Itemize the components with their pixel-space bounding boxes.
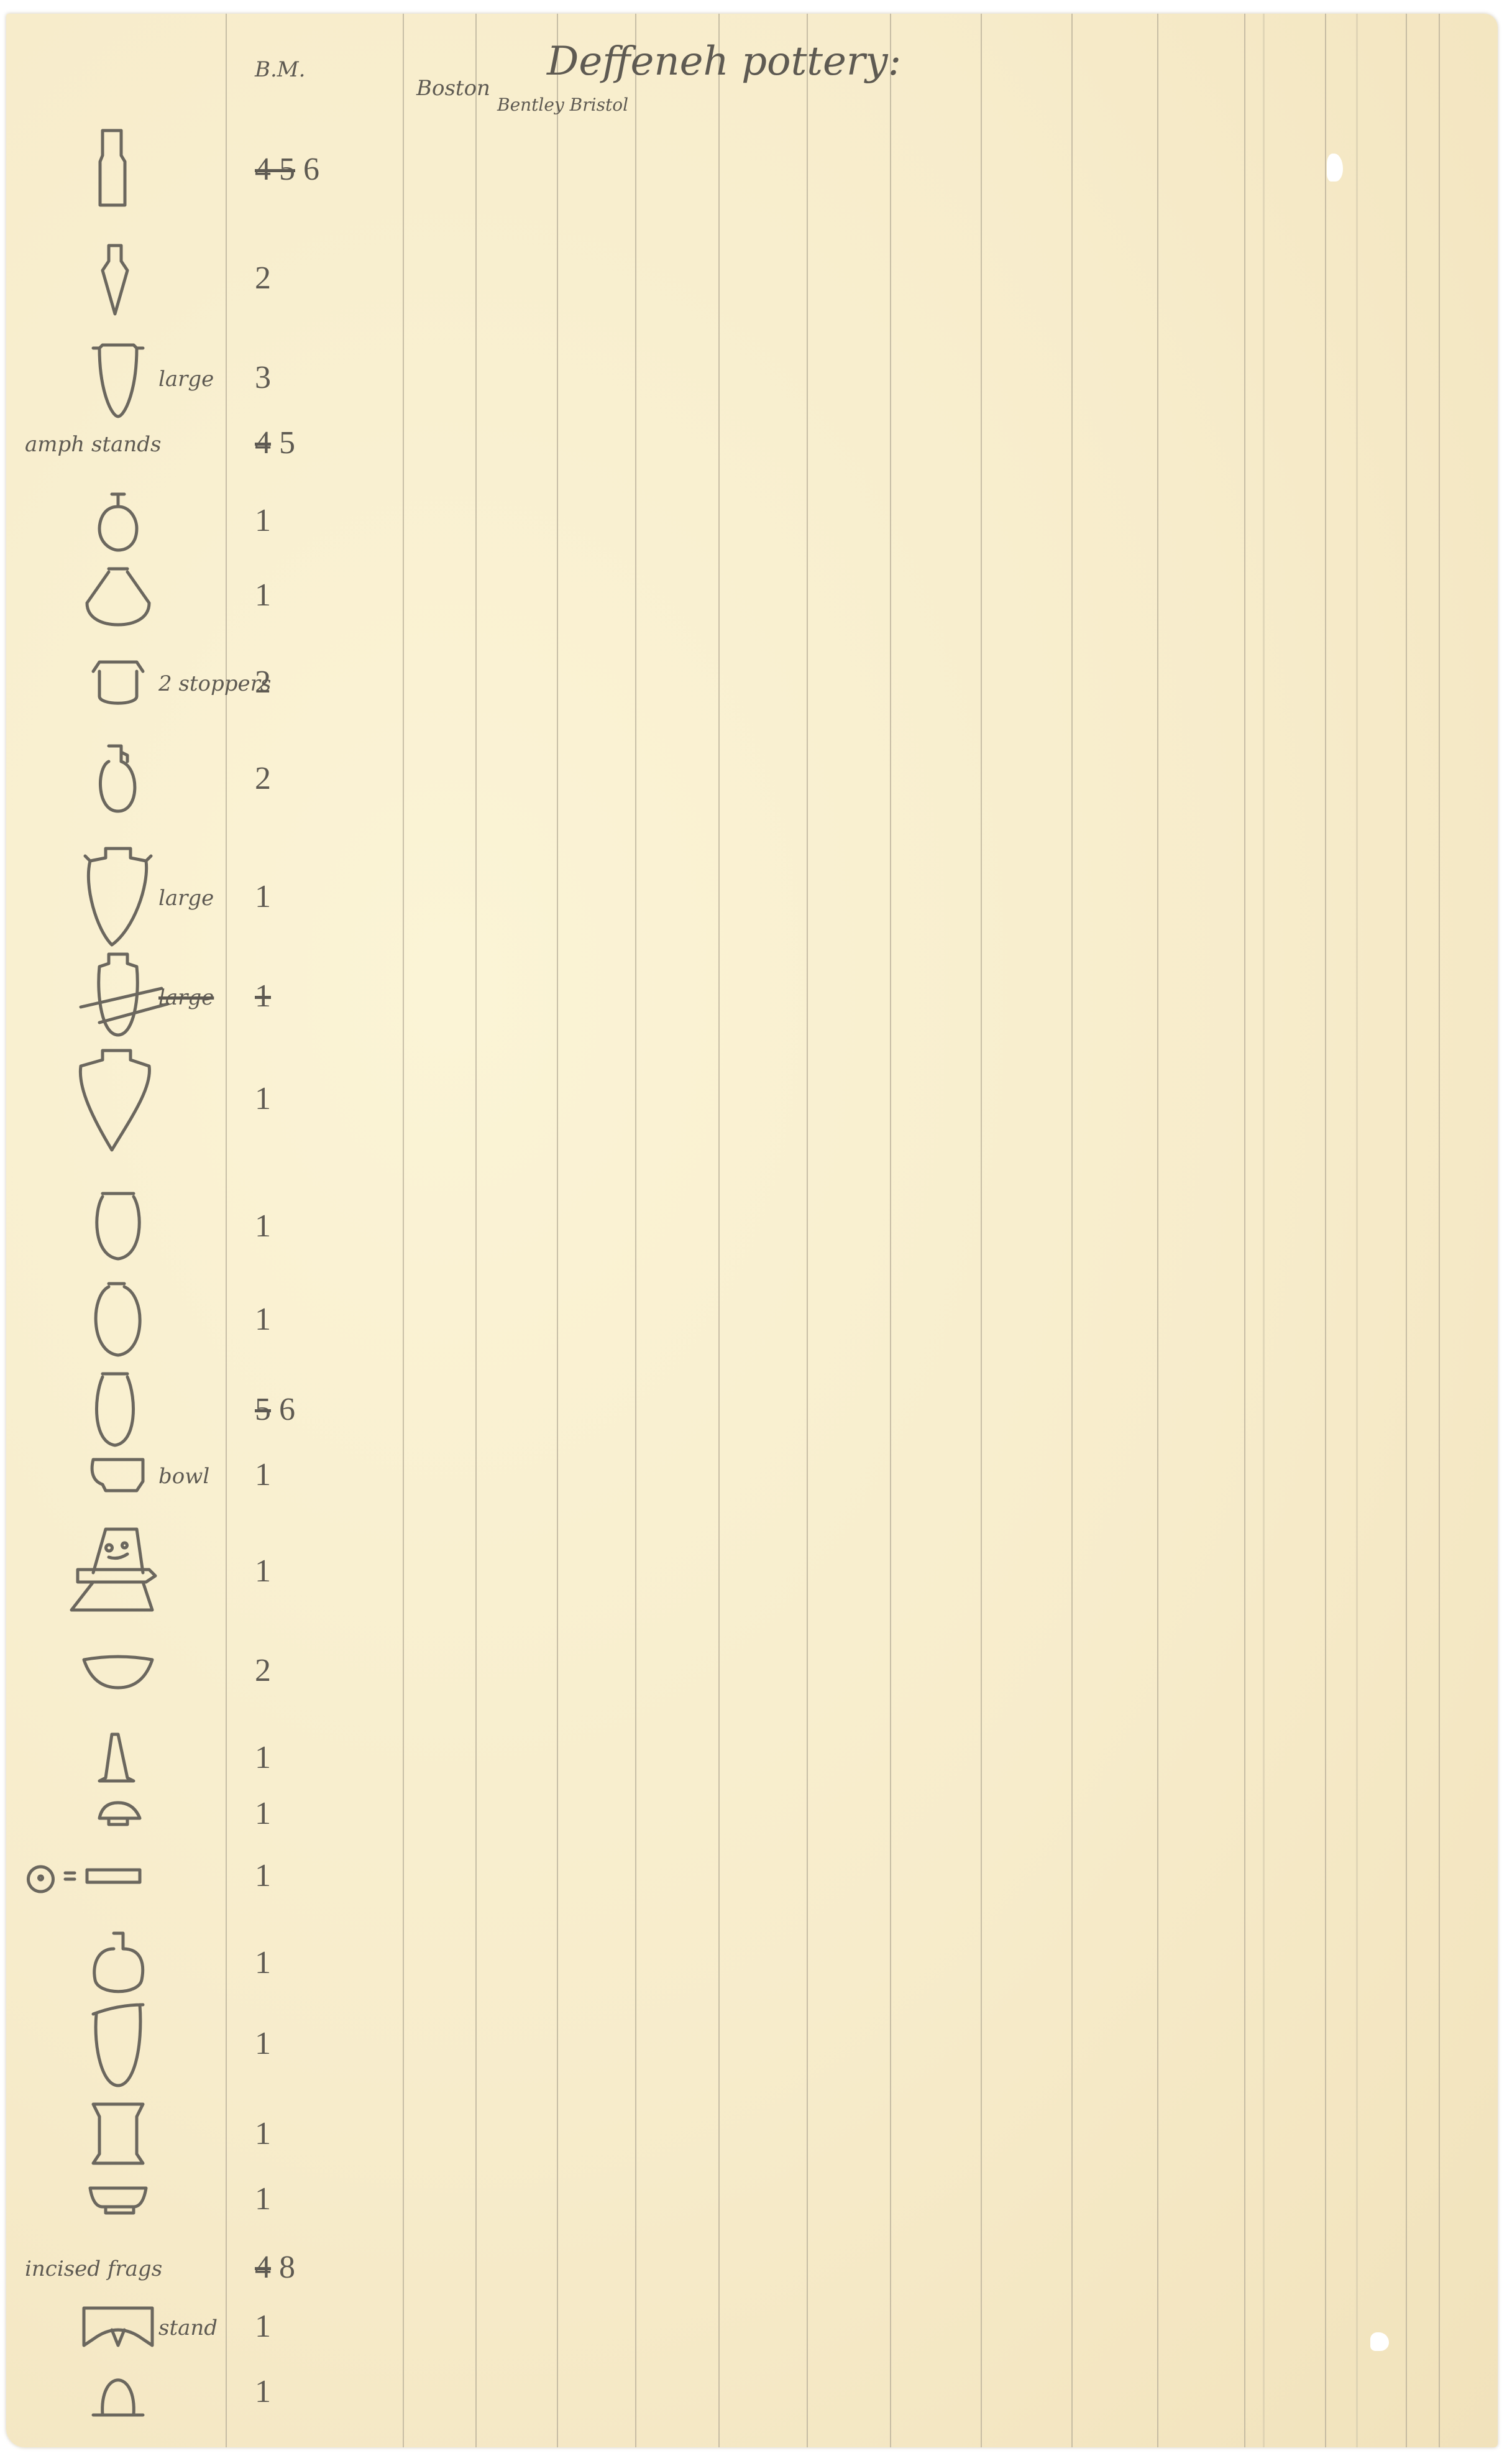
ovoid-jar-icon bbox=[90, 1284, 146, 1361]
column-rule bbox=[1157, 14, 1158, 2447]
spool-stand-icon bbox=[90, 2104, 146, 2169]
row-note: large bbox=[158, 985, 214, 1010]
tall-jar-icon bbox=[90, 131, 146, 214]
column-rule bbox=[1325, 14, 1326, 2447]
count-value: 1 bbox=[255, 1208, 271, 1244]
stand-icon bbox=[84, 2308, 152, 2351]
footed-bowl-icon bbox=[90, 2185, 146, 2219]
face-stand-icon bbox=[71, 1529, 165, 1619]
amphora-small-icon bbox=[93, 246, 143, 316]
row-count: 4 5 6 bbox=[255, 151, 319, 188]
count-value: 1 bbox=[255, 879, 271, 914]
count-value: 1 bbox=[255, 2116, 271, 2151]
bottle-icon bbox=[92, 1933, 145, 1998]
count-value: 1 bbox=[255, 1457, 271, 1493]
column-rule bbox=[475, 14, 477, 2447]
row-count: 1 bbox=[255, 1944, 271, 1981]
count-value: 1 bbox=[255, 1858, 271, 1893]
row-note: incised frags bbox=[25, 2256, 162, 2281]
count-value: 2 bbox=[255, 260, 271, 296]
row-count: 3 bbox=[255, 359, 271, 396]
row-count: 1 bbox=[255, 1080, 271, 1117]
count-value: 1 bbox=[255, 2309, 271, 2344]
row-note: large bbox=[158, 886, 214, 911]
column-rule bbox=[890, 14, 891, 2447]
jar-handles-icon bbox=[87, 342, 149, 419]
column-rule bbox=[635, 14, 636, 2447]
paper-hole bbox=[1370, 2332, 1389, 2351]
struck-count: 4 bbox=[255, 2250, 271, 2285]
column-header-boston: Boston bbox=[416, 76, 490, 101]
column-rule bbox=[1244, 14, 1245, 2447]
row-count: 1 bbox=[255, 577, 271, 614]
row-count: 1 bbox=[255, 502, 271, 539]
count-value: 1 bbox=[255, 2026, 271, 2061]
row-count: 1 bbox=[255, 1857, 271, 1894]
count-value: 1 bbox=[255, 1945, 271, 1980]
row-count: 1 bbox=[255, 2308, 271, 2345]
count-value: 6 bbox=[303, 152, 319, 187]
egg-jar-icon bbox=[93, 1374, 143, 1451]
row-count: 4 8 bbox=[255, 2249, 295, 2286]
count-value: 5 bbox=[279, 425, 295, 461]
round-flask-icon bbox=[96, 494, 140, 553]
column-rule bbox=[557, 14, 558, 2447]
count-value: 1 bbox=[255, 1553, 271, 1589]
count-value: 1 bbox=[255, 1740, 271, 1775]
row-count: 1 bbox=[255, 1208, 271, 1244]
bowl-icon bbox=[90, 1460, 146, 1496]
oval-jar-icon bbox=[93, 1194, 143, 1264]
row-count: 5 6 bbox=[255, 1391, 295, 1428]
row-count: 1 bbox=[255, 878, 271, 915]
row-count: 4 5 bbox=[255, 425, 295, 461]
row-count: 1 bbox=[255, 1739, 271, 1776]
count-value: 2 bbox=[255, 761, 271, 796]
column-rule bbox=[1356, 14, 1358, 2447]
row-count: 1 bbox=[255, 1795, 271, 1832]
dome-lid-icon bbox=[93, 2368, 143, 2421]
count-value: 1 bbox=[255, 577, 271, 613]
column-header-bm: B.M. bbox=[255, 57, 305, 82]
column-header-bentley-bristol: Bentley Bristol bbox=[497, 94, 628, 115]
column-rule bbox=[1263, 14, 1265, 2447]
large-amphora-icon bbox=[78, 849, 158, 950]
row-count: 1 bbox=[255, 1456, 271, 1493]
row-count: 2 bbox=[255, 760, 271, 797]
column-rule bbox=[1406, 14, 1407, 2447]
shallow-bowl-icon bbox=[84, 1657, 152, 1690]
column-rule bbox=[403, 14, 404, 2447]
cup-rim-icon bbox=[93, 662, 143, 708]
disc-equals-bar-icon bbox=[28, 1864, 152, 1894]
count-value: 1 bbox=[255, 1796, 271, 1831]
row-count: 2 bbox=[255, 1652, 271, 1689]
row-note: large bbox=[158, 367, 214, 392]
column-rule bbox=[718, 14, 720, 2447]
struck-count: 4 bbox=[255, 425, 271, 461]
struck-count: 5 bbox=[255, 1392, 271, 1427]
page-title: Deffeneh pottery: bbox=[547, 39, 901, 85]
column-rule bbox=[1071, 14, 1073, 2447]
count-value: 2 bbox=[255, 665, 271, 700]
lid-icon bbox=[93, 1803, 143, 1830]
row-count: 1 bbox=[255, 2373, 271, 2410]
count-value: 1 bbox=[255, 1081, 271, 1116]
count-value: 1 bbox=[255, 503, 271, 538]
pointed-amphora-icon bbox=[75, 1051, 162, 1152]
conical-stand-icon bbox=[99, 1734, 137, 1787]
column-rule bbox=[807, 14, 808, 2447]
row-count: 1 bbox=[255, 2025, 271, 2062]
column-rule bbox=[226, 14, 227, 2447]
count-value: 1 bbox=[255, 2374, 271, 2409]
count-value: 3 bbox=[255, 360, 271, 395]
count-value: 1 bbox=[255, 1302, 271, 1337]
row-count: 1 bbox=[255, 978, 271, 1014]
beaker-icon bbox=[93, 2005, 143, 2088]
row-note: stand bbox=[158, 2316, 218, 2340]
row-count: 2 bbox=[255, 664, 271, 701]
ledger-sheet: B.M. Boston Bentley Bristol Deffeneh pot… bbox=[6, 14, 1498, 2447]
wide-jar-icon bbox=[84, 569, 152, 627]
row-count: 1 bbox=[255, 2181, 271, 2217]
paper-hole bbox=[1327, 154, 1343, 182]
row-count: 1 bbox=[255, 1553, 271, 1589]
column-rule bbox=[1439, 14, 1440, 2447]
row-count: 2 bbox=[255, 260, 271, 297]
struck-count: 1 bbox=[255, 978, 271, 1014]
count-value: 8 bbox=[279, 2250, 295, 2285]
count-value: 2 bbox=[255, 1653, 271, 1688]
row-count: 1 bbox=[255, 2115, 271, 2152]
jug-icon bbox=[93, 746, 143, 817]
row-note: amph stands bbox=[25, 432, 161, 457]
column-rule bbox=[981, 14, 982, 2447]
count-value: 6 bbox=[279, 1392, 295, 1427]
count-value: 1 bbox=[255, 2181, 271, 2217]
struck-count: 4 5 bbox=[255, 152, 295, 187]
row-count: 1 bbox=[255, 1301, 271, 1338]
struck-jar-icon bbox=[87, 954, 149, 1044]
row-note: bowl bbox=[158, 1464, 209, 1489]
